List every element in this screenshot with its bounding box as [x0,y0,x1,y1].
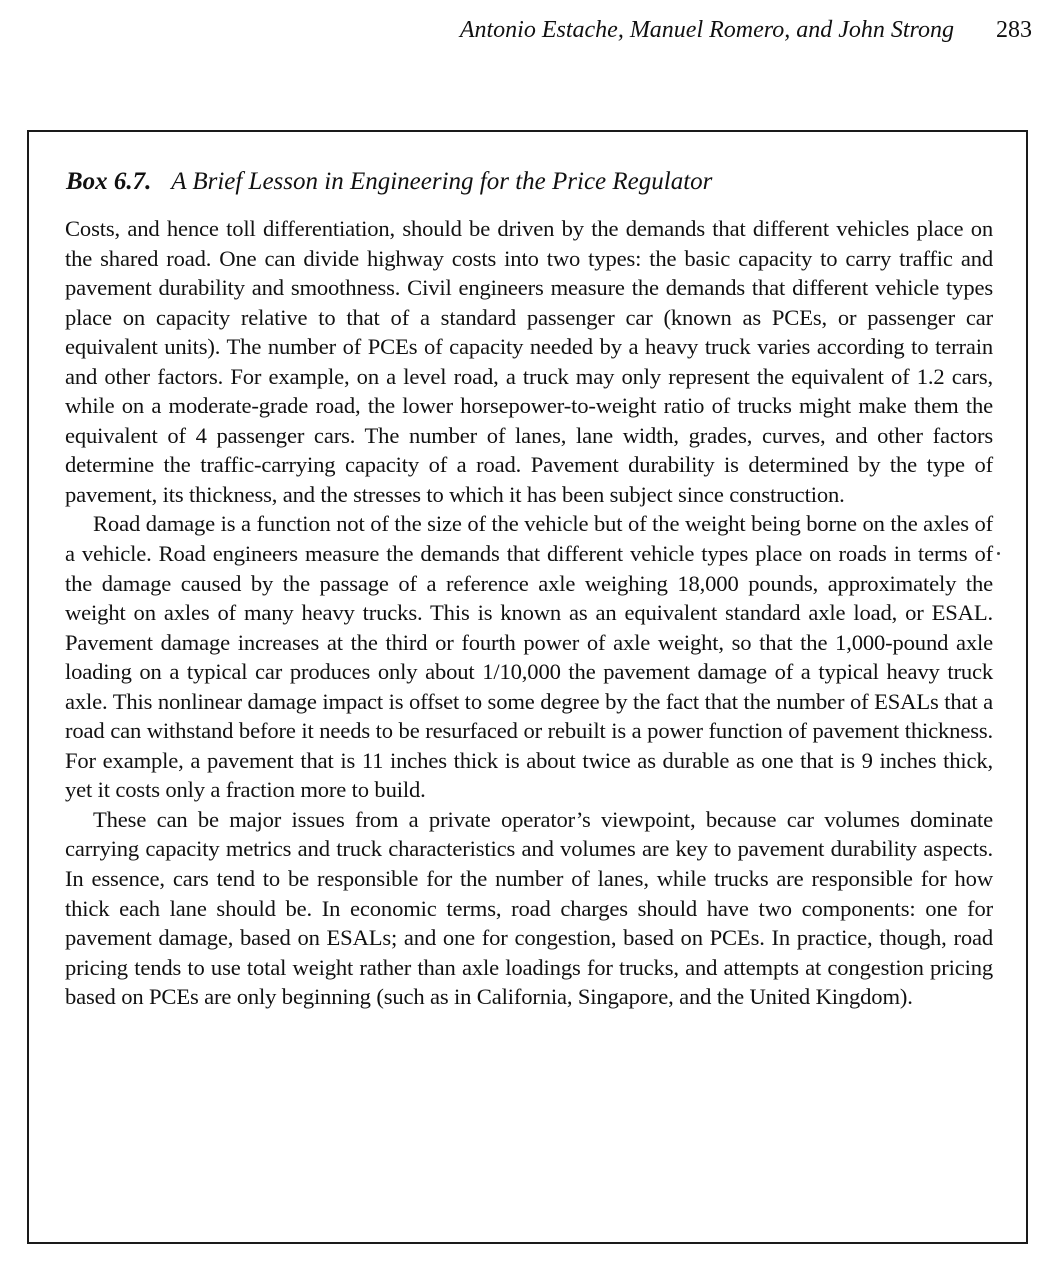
box-title: Box 6.7. A Brief Lesson in Engineering f… [66,166,712,198]
running-head: Antonio Estache, Manuel Romero, and John… [460,14,1032,46]
box-paragraph: Road damage is a function not of the siz… [65,509,993,804]
box-paragraph: These can be major issues from a private… [65,805,993,1012]
box-label: Box 6.7. [66,168,151,195]
scan-speck [997,552,1000,555]
running-head-authors: Antonio Estache, Manuel Romero, and John… [460,17,954,43]
box-body: Costs, and hence toll differentiation, s… [65,214,993,1012]
box-paragraph: Costs, and hence toll differentiation, s… [65,214,993,509]
page-number: 283 [996,14,1032,46]
sidebar-box: Box 6.7. A Brief Lesson in Engineering f… [27,130,1028,1244]
box-title-text: A Brief Lesson in Engineering for the Pr… [171,168,712,195]
